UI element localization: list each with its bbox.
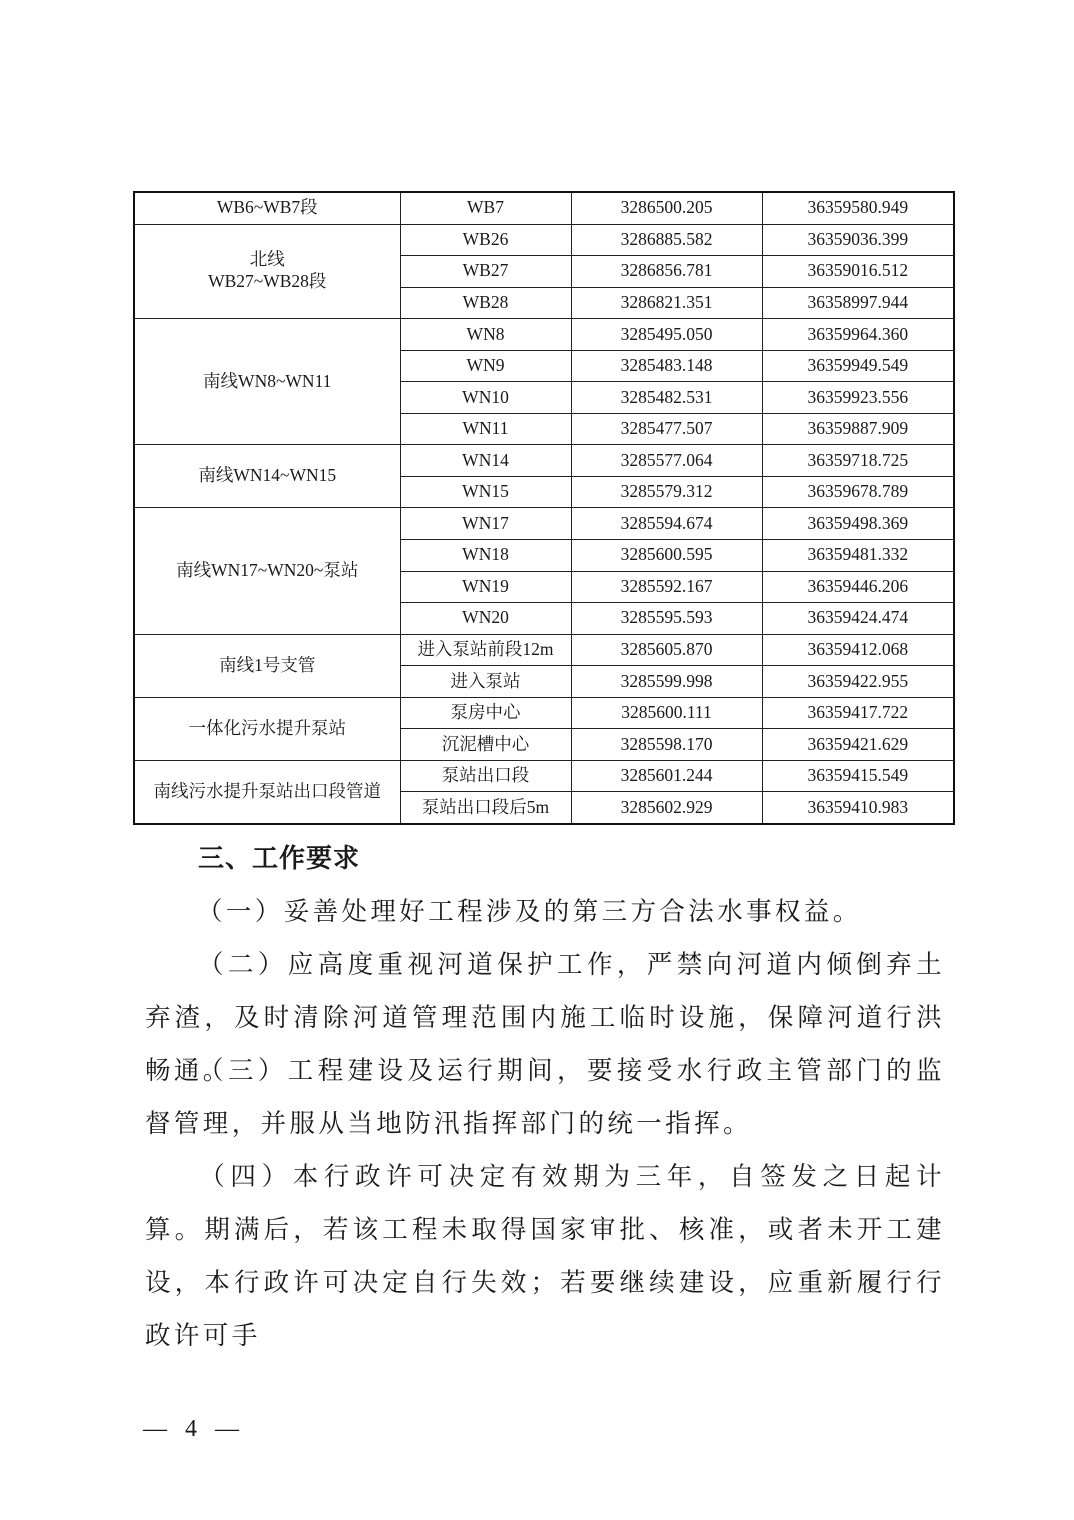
y-coordinate-cell: 36359678.789 xyxy=(762,476,954,508)
x-coordinate-cell: 3286821.351 xyxy=(571,287,762,319)
section-cell: 南线WN14~WN15 xyxy=(134,445,400,508)
x-coordinate-cell: 3286885.582 xyxy=(571,224,762,256)
y-coordinate-cell: 36359421.629 xyxy=(762,729,954,761)
point-cell: WN19 xyxy=(400,571,571,603)
y-coordinate-cell: 36359422.955 xyxy=(762,666,954,698)
table-row: 南线WN17~WN20~泵站WN173285594.67436359498.36… xyxy=(134,508,954,540)
x-coordinate-cell: 3285495.050 xyxy=(571,319,762,351)
paragraph-1-text: （一）妥善处理好工程涉及的第三方合法水事权益。 xyxy=(197,897,862,926)
table-row: 南线WN8~WN11WN83285495.05036359964.360 xyxy=(134,319,954,351)
y-coordinate-cell: 36358997.944 xyxy=(762,287,954,319)
table-row: 南线污水提升泵站出口段管道泵站出口段3285601.24436359415.54… xyxy=(134,760,954,792)
y-coordinate-cell: 36359412.068 xyxy=(762,634,954,666)
section-cell: 南线污水提升泵站出口段管道 xyxy=(134,760,400,824)
x-coordinate-cell: 3285605.870 xyxy=(571,634,762,666)
x-coordinate-cell: 3285595.593 xyxy=(571,603,762,635)
point-cell: WN17 xyxy=(400,508,571,540)
x-coordinate-cell: 3285598.170 xyxy=(571,729,762,761)
y-coordinate-cell: 36359949.549 xyxy=(762,350,954,382)
point-cell: 沉泥槽中心 xyxy=(400,729,571,761)
x-coordinate-cell: 3285579.312 xyxy=(571,476,762,508)
table-row: 南线WN14~WN15WN143285577.06436359718.725 xyxy=(134,445,954,477)
y-coordinate-cell: 36359481.332 xyxy=(762,540,954,572)
x-coordinate-cell: 3285601.244 xyxy=(571,760,762,792)
coordinate-table-body: WB6~WB7段WB73286500.20536359580.949北线WB27… xyxy=(134,192,954,824)
paragraph-4-text: （四）本行政许可决定有效期为三年，自签发之日起计算。期满后，若该工程未取得国家审… xyxy=(145,1162,945,1350)
paragraph-3-text: （三）工程建设及运行期间，要接受水行政主管部门的监督管理，并服从当地防汛指挥部门… xyxy=(145,1056,945,1138)
point-cell: WN14 xyxy=(400,445,571,477)
x-coordinate-cell: 3285477.507 xyxy=(571,413,762,445)
point-cell: WN8 xyxy=(400,319,571,351)
point-cell: WN18 xyxy=(400,540,571,572)
point-cell: 泵站出口段 xyxy=(400,760,571,792)
table-row: 南线1号支管进入泵站前段12m3285605.87036359412.068 xyxy=(134,634,954,666)
table-row: 一体化污水提升泵站泵房中心3285600.11136359417.722 xyxy=(134,697,954,729)
y-coordinate-cell: 36359923.556 xyxy=(762,382,954,414)
point-cell: WB7 xyxy=(400,192,571,224)
point-cell: 泵房中心 xyxy=(400,697,571,729)
y-coordinate-cell: 36359718.725 xyxy=(762,445,954,477)
y-coordinate-cell: 36359498.369 xyxy=(762,508,954,540)
x-coordinate-cell: 3285483.148 xyxy=(571,350,762,382)
section-cell: 南线WN8~WN11 xyxy=(134,319,400,445)
x-coordinate-cell: 3285599.998 xyxy=(571,666,762,698)
x-coordinate-cell: 3285600.111 xyxy=(571,697,762,729)
y-coordinate-cell: 36359016.512 xyxy=(762,256,954,288)
y-coordinate-cell: 36359887.909 xyxy=(762,413,954,445)
y-coordinate-cell: 36359410.983 xyxy=(762,792,954,824)
y-coordinate-cell: 36359446.206 xyxy=(762,571,954,603)
section-cell: 一体化污水提升泵站 xyxy=(134,697,400,760)
y-coordinate-cell: 36359036.399 xyxy=(762,224,954,256)
point-cell: 进入泵站 xyxy=(400,666,571,698)
point-cell: WB26 xyxy=(400,224,571,256)
x-coordinate-cell: 3285482.531 xyxy=(571,382,762,414)
x-coordinate-cell: 3286856.781 xyxy=(571,256,762,288)
x-coordinate-cell: 3285602.929 xyxy=(571,792,762,824)
point-cell: WB27 xyxy=(400,256,571,288)
point-cell: WN10 xyxy=(400,382,571,414)
x-coordinate-cell: 3286500.205 xyxy=(571,192,762,224)
y-coordinate-cell: 36359424.474 xyxy=(762,603,954,635)
table-row: WB6~WB7段WB73286500.20536359580.949 xyxy=(134,192,954,224)
section-cell: 南线WN17~WN20~泵站 xyxy=(134,508,400,634)
point-cell: WN11 xyxy=(400,413,571,445)
y-coordinate-cell: 36359964.360 xyxy=(762,319,954,351)
paragraph-3: （三）工程建设及运行期间，要接受水行政主管部门的监督管理，并服从当地防汛指挥部门… xyxy=(145,1044,945,1150)
y-coordinate-cell: 36359580.949 xyxy=(762,192,954,224)
y-coordinate-cell: 36359417.722 xyxy=(762,697,954,729)
section-cell: 北线WB27~WB28段 xyxy=(134,224,400,319)
section-line: WB27~WB28段 xyxy=(135,271,400,293)
section-cell: WB6~WB7段 xyxy=(134,192,400,224)
point-cell: WB28 xyxy=(400,287,571,319)
table-row: 北线WB27~WB28段WB263286885.58236359036.399 xyxy=(134,224,954,256)
x-coordinate-cell: 3285592.167 xyxy=(571,571,762,603)
point-cell: WN9 xyxy=(400,350,571,382)
section-cell: 南线1号支管 xyxy=(134,634,400,697)
y-coordinate-cell: 36359415.549 xyxy=(762,760,954,792)
x-coordinate-cell: 3285600.595 xyxy=(571,540,762,572)
point-cell: WN20 xyxy=(400,603,571,635)
paragraph-4: （四）本行政许可决定有效期为三年，自签发之日起计算。期满后，若该工程未取得国家审… xyxy=(145,1150,945,1362)
coordinate-table: WB6~WB7段WB73286500.20536359580.949北线WB27… xyxy=(133,191,955,825)
page-number: — 4 — xyxy=(143,1416,245,1443)
section-title: 三、工作要求 xyxy=(198,838,360,875)
point-cell: 泵站出口段后5m xyxy=(400,792,571,824)
x-coordinate-cell: 3285594.674 xyxy=(571,508,762,540)
point-cell: WN15 xyxy=(400,476,571,508)
point-cell: 进入泵站前段12m xyxy=(400,634,571,666)
section-line: 北线 xyxy=(135,249,400,271)
paragraph-1: （一）妥善处理好工程涉及的第三方合法水事权益。 xyxy=(145,885,945,938)
x-coordinate-cell: 3285577.064 xyxy=(571,445,762,477)
